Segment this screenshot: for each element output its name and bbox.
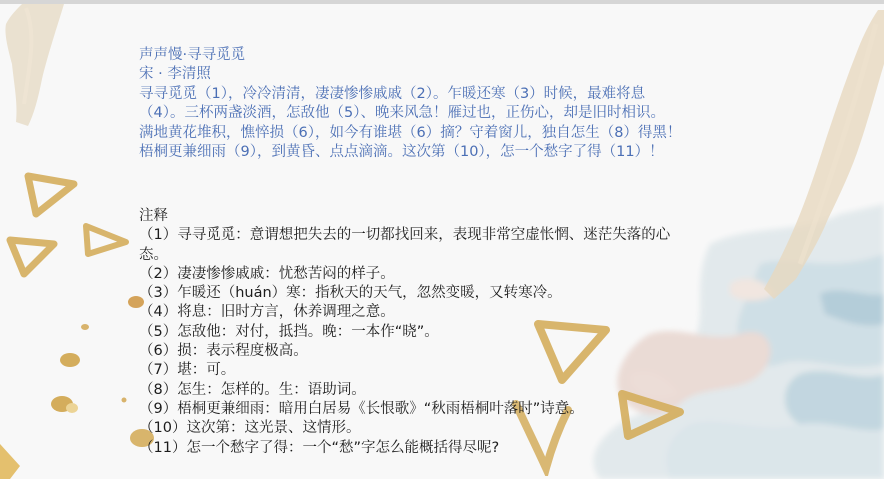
gold-square-decoration — [0, 444, 24, 479]
gold-triangle-decoration-2 — [6, 234, 58, 278]
note-item: （3）乍暖还（huán）寒：指秋天的天气，忽然变暖，又转寒冷。 — [139, 284, 769, 303]
gold-triangle-decoration-1 — [20, 170, 80, 220]
poem-line: 梧桐更兼细雨（9），到黄昏、点点滴滴。这次第（10），怎一个愁字了得（11）！ — [139, 143, 779, 162]
poem-line: （4）。三杯两盏淡酒，怎敌他（5）、晚来风急！雁过也，正伤心，却是旧时相识。 — [139, 104, 779, 123]
gold-triangle-decoration-3 — [80, 220, 132, 260]
note-item: （4）将息：旧时方言，休养调理之意。 — [139, 303, 769, 322]
note-item: （7）堪：可。 — [139, 361, 769, 380]
poem-title: 声声慢·寻寻觅觅 — [139, 46, 779, 65]
note-item: （11）怎一个愁字了得：一个“愁”字怎么能概括得尽呢? — [139, 439, 769, 458]
note-item: （6）损：表示程度极高。 — [139, 342, 769, 361]
notes-heading: 注释 — [139, 207, 769, 226]
note-item: （9）梧桐更兼细雨：暗用白居易《长恨歌》“秋雨梧桐叶落时”诗意。 — [139, 400, 769, 419]
note-item-continuation: 态。 — [139, 246, 769, 265]
poem-line: 寻寻觅觅（1），冷冷清清，凄凄惨惨戚戚（2）。乍暖还寒（3）时候，最难将息 — [139, 85, 779, 104]
note-item: （10）这次第：这光景、这情形。 — [139, 419, 769, 438]
slide-canvas: 声声慢·寻寻觅觅 宋 · 李清照 寻寻觅觅（1），冷冷清清，凄凄惨惨戚戚（2）。… — [0, 4, 884, 479]
poem-author: 宋 · 李清照 — [139, 65, 779, 84]
note-item: （1）寻寻觅觅：意谓想把失去的一切都找回来，表现非常空虚怅惘、迷茫失落的心 — [139, 226, 769, 245]
note-item: （5）怎敌他：对付，抵挡。晚：一本作“晓”。 — [139, 323, 769, 342]
note-item: （2）凄凄惨惨戚戚：忧愁苦闷的样子。 — [139, 265, 769, 284]
poem-block: 声声慢·寻寻觅觅 宋 · 李清照 寻寻觅觅（1），冷冷清清，凄凄惨惨戚戚（2）。… — [139, 46, 779, 162]
poem-line: 满地黄花堆积，憔悴损（6），如今有谁堪（6）摘？守着窗儿，独自怎生（8）得黑！ — [139, 124, 779, 143]
note-item: （8）怎生：怎样的。生：语助词。 — [139, 381, 769, 400]
notes-block: 注释 （1）寻寻觅觅：意谓想把失去的一切都找回来，表现非常空虚怅惘、迷茫失落的心… — [139, 207, 769, 458]
gold-glitter-stroke-top-left — [0, 4, 80, 134]
